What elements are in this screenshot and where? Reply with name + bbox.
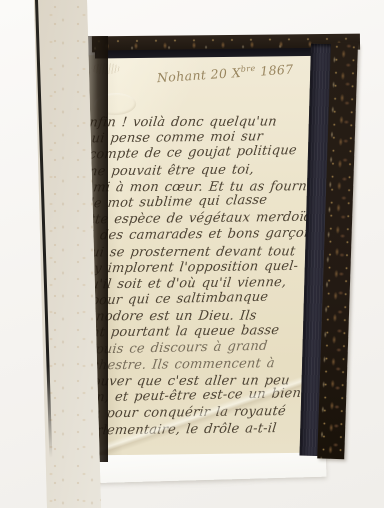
letter-line: chestre. Ils commencent à	[90, 355, 320, 374]
dateline-year: 1867	[255, 61, 294, 78]
letter-line: compte de ce goujat politique	[88, 143, 320, 164]
photo-of-manuscript-book: Nohant 20 Xbre 1867 nfin ! voilà donc qu…	[0, 0, 384, 508]
letter-line: rlementaire, le drôle a-t-il	[95, 420, 320, 439]
letter-page: Nohant 20 Xbre 1867 nfin ! voilà donc qu…	[86, 53, 321, 456]
letter-line: i des camarades et bons garçons	[89, 226, 321, 245]
dateline-month-superscript: bre	[241, 64, 256, 74]
dateline-place-day: Nohant 20 X	[157, 65, 242, 85]
letter-line: ne pouvait être que toi,	[88, 161, 320, 180]
letter-dateline: Nohant 20 Xbre 1867	[157, 61, 295, 85]
letter-body: nfin ! voilà donc quelqu'unui pense comm…	[88, 113, 320, 440]
letter-line: pour qui ce saltimbanque	[90, 289, 321, 310]
